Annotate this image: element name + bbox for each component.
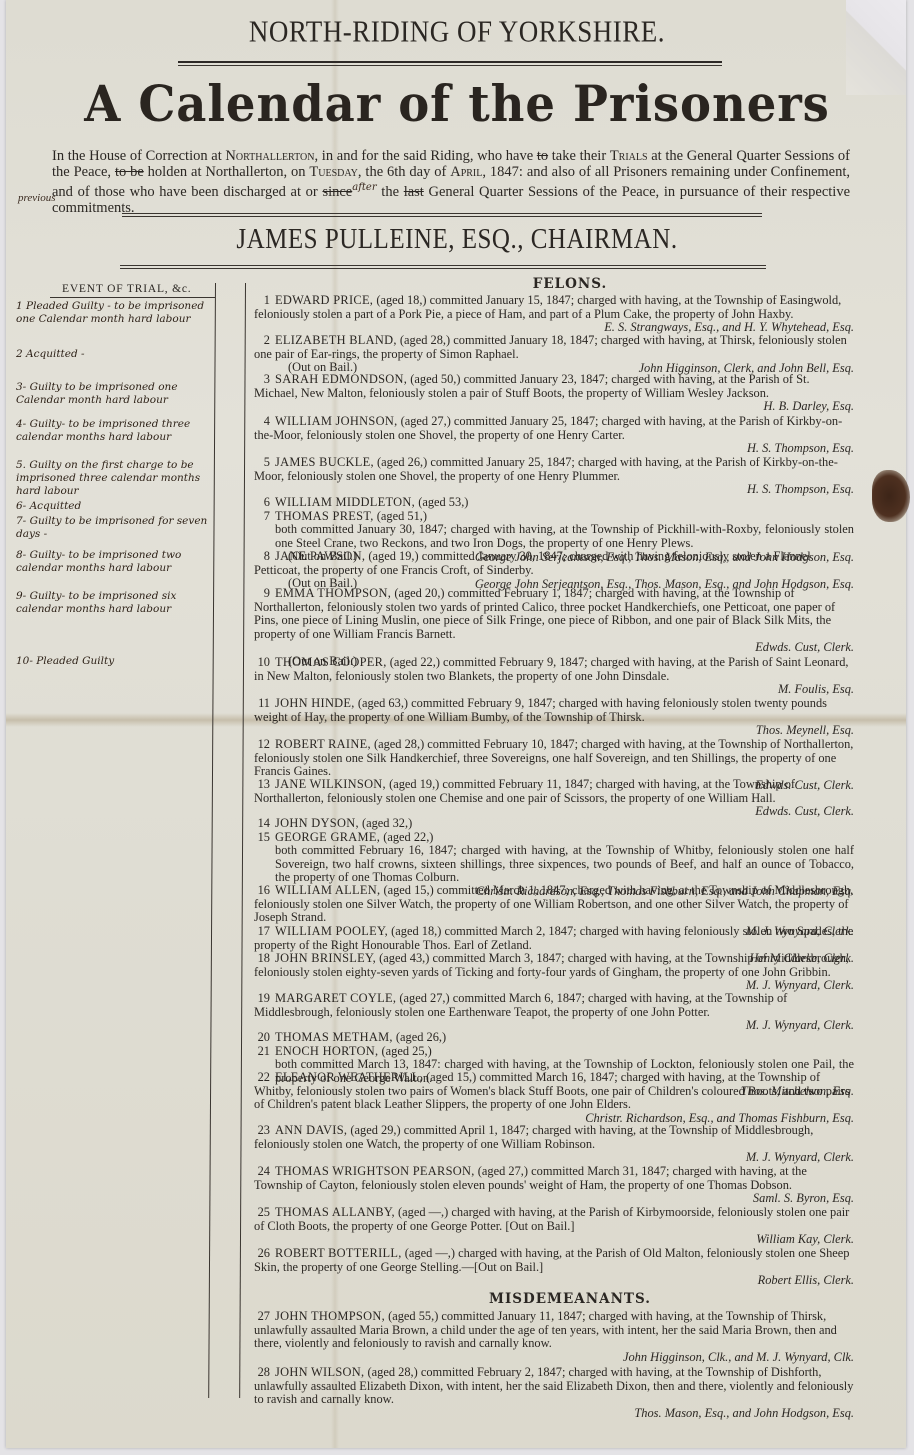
- trial-note-5: 5. Guilty on the first charge to be impr…: [16, 459, 221, 498]
- prisoner-entry-3: 3SARAH EDMONDSON, (aged 50,) committed J…: [254, 373, 854, 414]
- prisoner-entry-13: 13JANE WILKINSON, (aged 19,) committed F…: [254, 778, 854, 819]
- committing-magistrate: Edwds. Cust, Clerk.: [254, 641, 854, 655]
- struck-word: last: [404, 184, 424, 200]
- prisoner-entry-19: 19MARGARET COYLE, (aged 27,) committed M…: [254, 992, 854, 1033]
- chairman-rule-2: [120, 268, 766, 269]
- struck-word: since: [322, 184, 352, 200]
- trial-note-6: 6- Acquitted: [16, 500, 221, 513]
- header-rule-top: [178, 61, 722, 63]
- committing-magistrate: William Kay, Clerk.: [254, 1233, 854, 1247]
- committing-magistrate: M. J. Wynyard, Clerk.: [254, 1151, 854, 1165]
- handwritten-margin-note: previous: [18, 192, 55, 204]
- prisoner-entry-8: 8JANE PAWSON, (aged 19,) committed Janua…: [254, 550, 854, 591]
- trial-note-10: 10- Pleaded Guilty: [16, 655, 221, 668]
- trial-note-9: 9- Guilty- to be imprisoned six calendar…: [16, 590, 221, 616]
- trial-note-2: 2 Acquitted -: [16, 348, 221, 361]
- document-title: A Calendar of the Prisoners: [32, 74, 882, 133]
- struck-word: to: [537, 148, 548, 164]
- committing-magistrate: Thos. Mason, Esq., and John Hodgson, Esq…: [254, 1407, 854, 1421]
- prisoner-entry-23: 23ANN DAVIS, (aged 29,) committed April …: [254, 1124, 854, 1165]
- intro-rule-2: [122, 216, 762, 217]
- committing-magistrate: H. S. Thompson, Esq.: [254, 442, 854, 456]
- chairman-line: JAMES PULLEINE, ESQ., CHAIRMAN.: [0, 224, 914, 255]
- prisoner-entry-22: 22ELEANOR WEATHERILL, (aged 15,) committ…: [254, 1071, 854, 1125]
- region-title: NORTH-RIDING OF YORKSHIRE.: [0, 14, 914, 50]
- header-rule-top-thin: [178, 65, 722, 66]
- prisoner-entry-26: 26ROBERT BOTTERILL, (aged —,) charged wi…: [254, 1247, 854, 1288]
- prisoner-entry-1: 1EDWARD PRICE, (aged 18,) committed Janu…: [254, 294, 854, 335]
- prisoner-entry-27: 27JOHN THOMPSON, (aged 55,) committed Ja…: [254, 1310, 854, 1364]
- event-column-heading: EVENT OF TRIAL, &c.: [62, 283, 191, 295]
- committing-magistrate: Robert Ellis, Clerk.: [254, 1274, 854, 1288]
- misdemeanants-heading: MISDEMEANANTS.: [250, 1291, 890, 1307]
- trial-note-1: 1 Pleaded Guilty - to be imprisoned one …: [16, 300, 221, 326]
- prisoner-entry-24: 24THOMAS WRIGHTSON PEARSON, (aged 27,) c…: [254, 1165, 854, 1206]
- trial-note-4: 4- Guilty- to be imprisoned three calend…: [16, 418, 221, 444]
- committing-magistrate: Thos. Meynell, Esq.: [254, 724, 854, 738]
- trial-note-7: 7- Guilty to be imprisoned for seven day…: [16, 515, 221, 541]
- chairman-rule: [120, 265, 766, 266]
- prisoner-entry-10: 10THOMAS COOPER, (aged 22,) committed Fe…: [254, 656, 854, 697]
- ink-stain: [872, 470, 910, 522]
- intro-rule: [122, 213, 762, 214]
- prisoner-entry-18: 18JOHN BRINSLEY, (aged 43,) committed Ma…: [254, 952, 854, 993]
- prisoner-entry-28: 28JOHN WILSON, (aged 28,) committed Febr…: [254, 1366, 854, 1420]
- committing-magistrate: Saml. S. Byron, Esq.: [254, 1192, 854, 1206]
- intro-paragraph: In the House of Correction at Northaller…: [52, 148, 850, 216]
- prisoner-entry-11: 11JOHN HINDE, (aged 63,) committed Febru…: [254, 697, 854, 738]
- struck-word: to be: [115, 164, 144, 180]
- handwritten-insertion: after: [352, 182, 376, 193]
- committing-magistrate: John Higginson, Clk., and M. J. Wynyard,…: [254, 1351, 854, 1365]
- trial-note-8: 8- Guilty- to be imprisoned two calendar…: [16, 549, 221, 575]
- event-heading-rule: [50, 297, 215, 298]
- committing-magistrate: M. Foulis, Esq.: [254, 683, 854, 697]
- committing-magistrate: H. B. Darley, Esq.: [254, 400, 854, 414]
- prisoner-entry-25: 25THOMAS ALLANBY, (aged —,) charged with…: [254, 1206, 854, 1247]
- prisoner-entry-4: 4WILLIAM JOHNSON, (aged 27,) committed J…: [254, 415, 854, 456]
- prisoner-entry-2: 2ELIZABETH BLAND, (aged 28,) committed J…: [254, 334, 854, 375]
- felons-heading: FELONS.: [250, 276, 890, 292]
- trial-note-3: 3- Guilty to be imprisoned one Calendar …: [16, 381, 221, 407]
- prisoner-entry-5: 5JAMES BUCKLE, (aged 26,) committed Janu…: [254, 456, 854, 497]
